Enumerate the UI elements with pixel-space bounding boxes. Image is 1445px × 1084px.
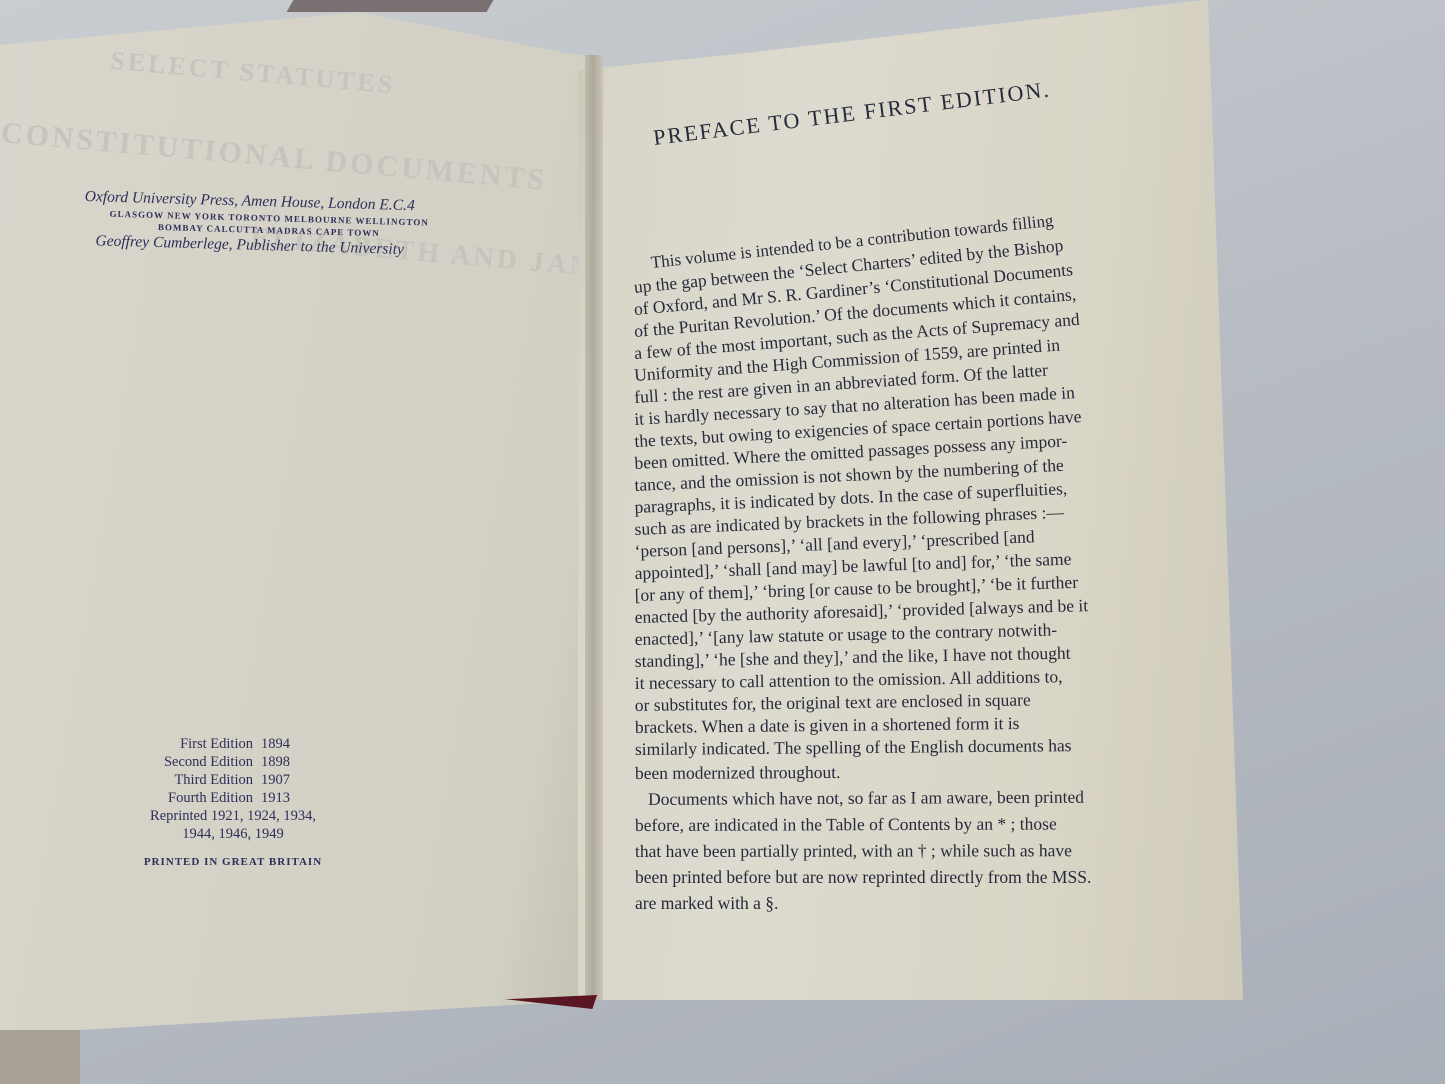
edition-row: Second Edition 1898 xyxy=(118,753,348,771)
text-line: brackets. When a date is given in a shor… xyxy=(635,713,1020,738)
text-line: that have been partially printed, with a… xyxy=(635,840,1072,862)
book-gutter xyxy=(585,55,603,1000)
edition-year: 1894 xyxy=(261,735,290,753)
edition-row: First Edition 1894 xyxy=(118,735,348,753)
edition-year: 1898 xyxy=(261,753,290,771)
edition-year: 1907 xyxy=(261,771,290,789)
edition-label: Fourth Edition xyxy=(118,789,261,807)
bleed-through-text: SELECT STATUTES xyxy=(109,46,396,101)
publisher-imprint: Oxford University Press, Amen House, Lon… xyxy=(83,188,455,260)
text-line: before, are indicated in the Table of Co… xyxy=(635,814,1057,836)
edition-label: Third Edition xyxy=(118,771,261,789)
bleed-through-text: CONSTITUTIONAL DOCUMENTS xyxy=(0,116,548,198)
reprinted-line-2: 1944, 1946, 1949 xyxy=(118,825,348,843)
text-line: been modernized throughout. xyxy=(635,762,841,784)
edition-label: First Edition xyxy=(118,735,261,753)
edition-row: Third Edition 1907 xyxy=(118,771,348,789)
printed-in-note: PRINTED IN GREAT BRITAIN xyxy=(118,853,348,871)
edition-year: 1913 xyxy=(261,789,290,807)
edition-history: First Edition 1894 Second Edition 1898 T… xyxy=(118,735,348,871)
edition-row: Fourth Edition 1913 xyxy=(118,789,348,807)
underlying-book-edge xyxy=(0,1030,80,1084)
text-line: been printed before but are now reprinte… xyxy=(635,867,1091,888)
book-shadow xyxy=(287,0,494,12)
edition-label: Second Edition xyxy=(118,753,261,771)
reprinted-line-1: Reprinted 1921, 1924, 1934, xyxy=(118,807,348,825)
text-line: Documents which have not, so far as I am… xyxy=(635,787,1084,810)
left-page: SELECT STATUTES CONSTITUTIONAL DOCUMENTS… xyxy=(0,0,598,1030)
text-line: similarly indicated. The spelling of the… xyxy=(635,735,1072,760)
text-line: are marked with a §. xyxy=(635,893,778,914)
